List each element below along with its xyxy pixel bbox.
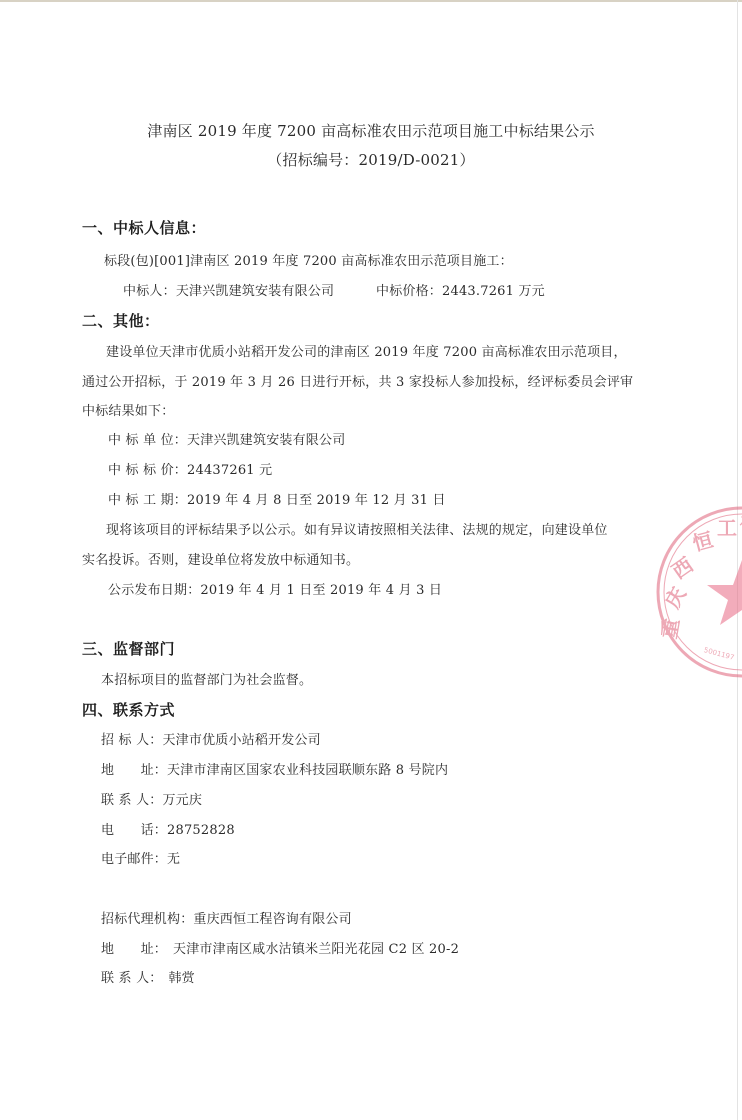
winner-row: 中标人：天津兴凯建筑安装有限公司 [123, 284, 334, 300]
contact-label: 电 话： [101, 823, 167, 838]
contact-label: 联 系 人： [101, 793, 162, 808]
agency-address: 地 址：天津市津南区咸水沽镇米兰阳光花园 C2 区 20-2 [101, 942, 459, 958]
agency-value: 重庆西恒工程咨询有限公司 [193, 912, 351, 927]
agency-contact: 联 系 人：韩赏 [101, 971, 195, 987]
agency-label: 地 址： [101, 942, 167, 957]
paragraph2-line2: 实名投诉。否则，建设单位将发放中标通知书。 [82, 553, 359, 569]
result-label: 中 标 标 价： [108, 463, 187, 478]
agency-name: 招标代理机构：重庆西恒工程咨询有限公司 [101, 912, 352, 928]
winner-label: 中标人： [123, 284, 176, 299]
result-value: 天津兴凯建筑安装有限公司 [187, 433, 345, 448]
contact-email: 电子邮件：无 [101, 852, 180, 868]
svg-text:工: 工 [717, 516, 737, 540]
agency-label: 联 系 人： [101, 971, 162, 986]
price-label: 中标价格： [376, 284, 442, 299]
svg-text:程: 程 [738, 509, 742, 536]
agency-value: 韩赏 [168, 971, 194, 986]
contact-phone: 电 话：28752828 [101, 823, 235, 839]
paragraph1-line3: 中标结果如下： [82, 404, 174, 420]
company-seal-stamp: 庆 西 恒 工 程 重 5001197 [655, 505, 742, 680]
contact-label: 招 标 人： [101, 733, 162, 748]
supervision-text: 本招标项目的监督部门为社会监督。 [101, 673, 312, 689]
price-value: 2443.7261 万元 [442, 284, 545, 299]
winner-value: 天津兴凯建筑安装有限公司 [176, 284, 334, 299]
contact-value: 28752828 [167, 823, 235, 838]
section1-heading: 一、中标人信息： [82, 220, 206, 236]
lot-description: 标段(包)[001]津南区 2019 年度 7200 亩高标准农田示范项目施工： [104, 254, 513, 270]
contact-value: 天津市优质小站稻开发公司 [162, 733, 320, 748]
section2-heading: 二、其他： [82, 313, 160, 329]
result-item-period: 中 标 工 期：2019 年 4 月 8 日至 2019 年 12 月 31 日 [108, 493, 446, 509]
publish-date: 公示发布日期：2019 年 4 月 1 日至 2019 年 4 月 3 日 [108, 583, 442, 599]
contact-person: 联 系 人：万元庆 [101, 793, 202, 809]
price-row: 中标价格：2443.7261 万元 [376, 284, 545, 300]
svg-text:5001197: 5001197 [703, 646, 735, 662]
contact-value: 无 [167, 852, 180, 867]
contact-label: 电子邮件： [101, 852, 167, 867]
document-title: 津南区 2019 年度 7200 亩高标准农田示范项目施工中标结果公示 [0, 122, 742, 140]
paragraph2-line1: 现将该项目的评标结果予以公示。如有异议请按照相关法律、法规的规定，向建设单位 [106, 523, 608, 539]
paragraph1-line2: 通过公开招标，于 2019 年 3 月 26 日进行开标，共 3 家投标人参加投… [82, 375, 633, 391]
svg-text:重: 重 [657, 617, 684, 641]
result-item-unit: 中 标 单 位：天津兴凯建筑安装有限公司 [108, 433, 345, 449]
contact-label: 地 址： [101, 763, 167, 778]
contact-tenderer: 招 标 人：天津市优质小站稻开发公司 [101, 733, 321, 749]
result-value: 24437261 元 [187, 463, 272, 478]
document-subtitle: （招标编号：2019/D-0021） [0, 151, 742, 169]
result-label: 中 标 工 期： [108, 493, 187, 508]
contact-value: 天津市津南区国家农业科技园联顺东路 8 号院内 [167, 763, 448, 778]
contact-address: 地 址：天津市津南区国家农业科技园联顺东路 8 号院内 [101, 763, 448, 779]
paragraph1-line1: 建设单位天津市优质小站稻开发公司的津南区 2019 年度 7200 亩高标准农田… [106, 345, 627, 361]
contact-value: 万元庆 [162, 793, 202, 808]
result-item-price: 中 标 标 价：24437261 元 [108, 463, 272, 479]
agency-label: 招标代理机构： [101, 912, 193, 927]
section3-heading: 三、监督部门 [82, 641, 175, 657]
agency-value: 天津市津南区咸水沽镇米兰阳光花园 C2 区 20-2 [173, 942, 459, 957]
result-label: 中 标 单 位： [108, 433, 187, 448]
seal-star-icon [707, 560, 742, 625]
document-page: 津南区 2019 年度 7200 亩高标准农田示范项目施工中标结果公示 （招标编… [0, 0, 742, 1120]
result-value: 2019 年 4 月 8 日至 2019 年 12 月 31 日 [187, 493, 446, 508]
svg-text:恒: 恒 [690, 527, 716, 555]
section4-heading: 四、联系方式 [82, 702, 175, 718]
